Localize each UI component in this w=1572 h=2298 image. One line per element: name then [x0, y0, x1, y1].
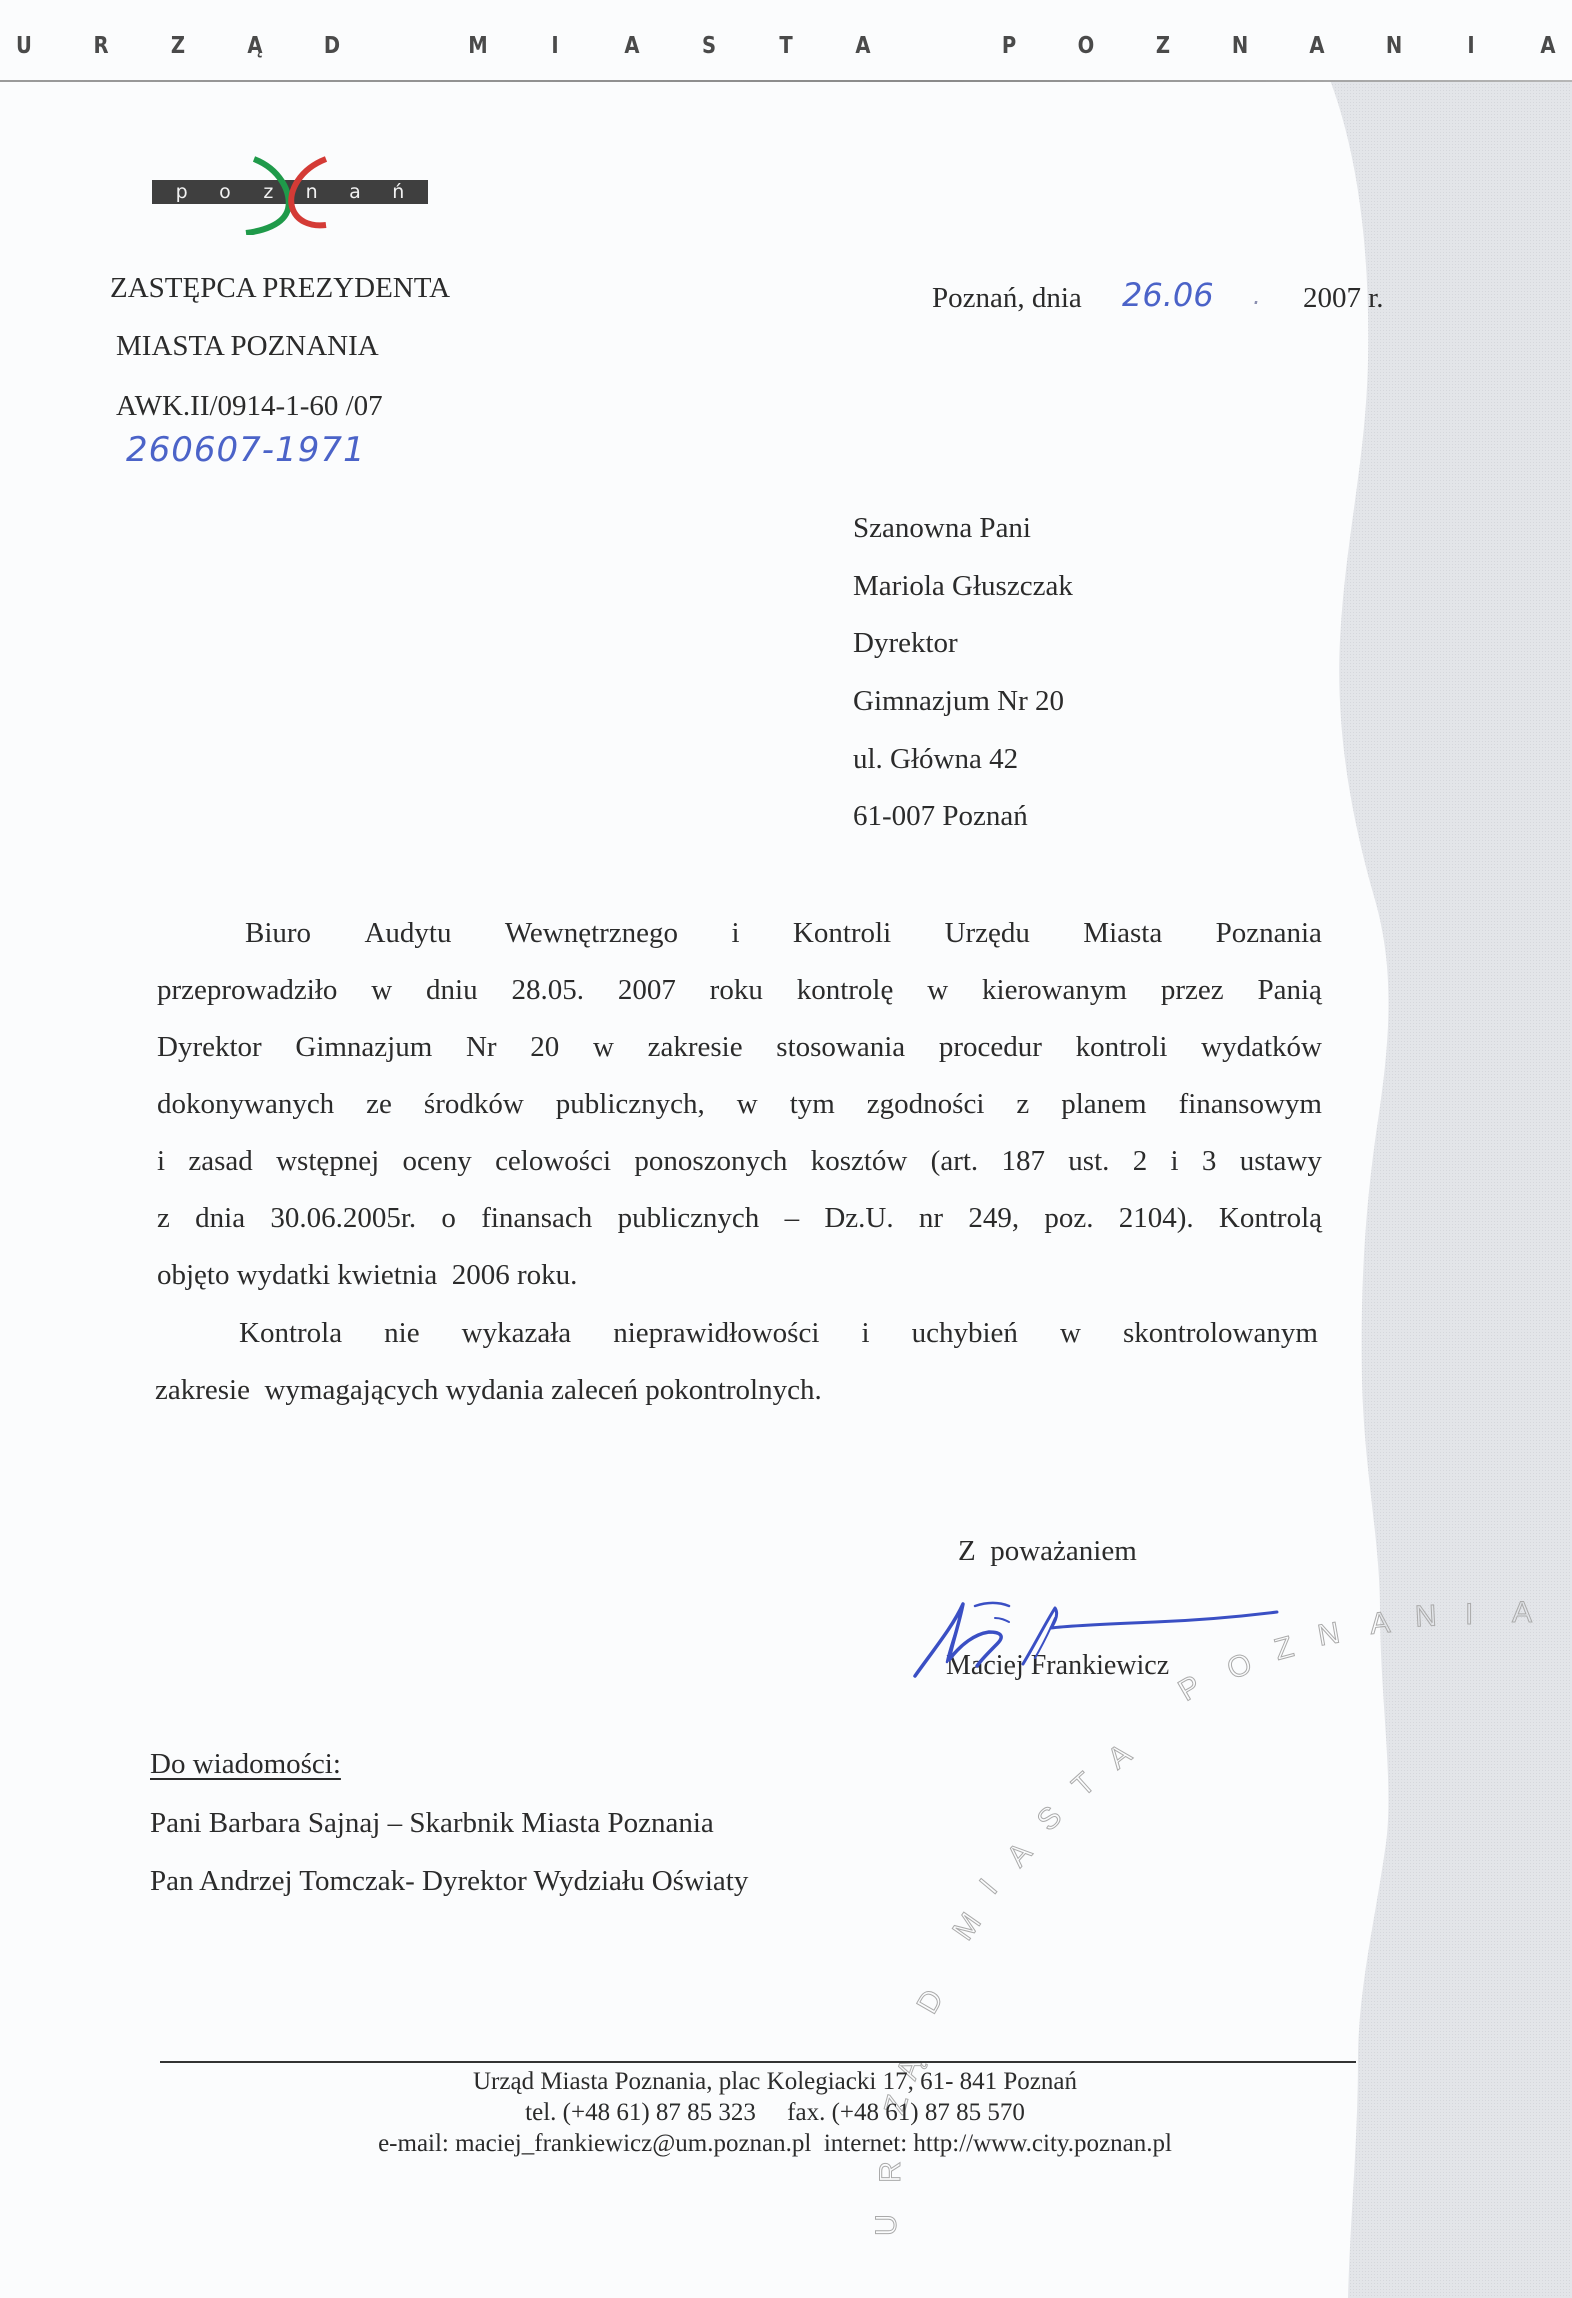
watermark-letter: N	[1414, 1599, 1437, 1634]
watermark-letter: A	[1512, 1596, 1532, 1630]
body-line: przeprowadziło w dniu 28.05. 2007 roku k…	[157, 962, 1322, 1019]
body-line: Kontrola nie wykazała nieprawidłowości i…	[155, 1305, 1318, 1362]
letterhead-letter: N	[1377, 33, 1411, 59]
word: w	[1060, 1305, 1081, 1362]
handwritten-date: 26.06	[1122, 276, 1214, 314]
recipient-city: 61-007 Poznań	[853, 800, 1028, 833]
word: Urzędu	[945, 905, 1030, 962]
word: zakresie	[648, 1019, 743, 1076]
word: uchybień	[912, 1305, 1018, 1362]
watermark-letter: U	[870, 2214, 904, 2236]
word: 20	[530, 1019, 559, 1076]
word: 2	[1133, 1133, 1148, 1190]
word: 30.06.2005r.	[270, 1190, 416, 1247]
word: ze	[366, 1076, 392, 1133]
word: nie	[384, 1305, 419, 1362]
handwritten-registry-number: 260607-1971	[126, 430, 366, 470]
word: w	[927, 962, 948, 1019]
letterhead-letter: T	[769, 33, 803, 59]
letterhead-letter: M	[461, 33, 495, 59]
word: w	[737, 1076, 758, 1133]
letterhead-letter: S	[692, 33, 726, 59]
letterhead-letter: N	[1223, 33, 1257, 59]
word: procedur	[939, 1019, 1042, 1076]
word: przez	[1161, 962, 1224, 1019]
footer-address: Urząd Miasta Poznania, plac Kolegiacki 1…	[150, 2066, 1400, 2097]
word: Audytu	[364, 905, 451, 962]
letterhead-letter: O	[1069, 33, 1103, 59]
date-year: 2007 r.	[1303, 282, 1384, 315]
body-line: i zasad wstępnej oceny celowości ponoszo…	[157, 1133, 1322, 1190]
word: Poznania	[1216, 905, 1322, 962]
reference-number: AWK.II/0914-1-60 /07	[116, 390, 383, 423]
word: skontrolowanym	[1123, 1305, 1318, 1362]
footer-phone-fax: tel. (+48 61) 87 85 323 fax. (+48 61) 87…	[150, 2097, 1400, 2128]
logo-crossed-arcs-icon	[150, 155, 430, 235]
word: 28.05.	[511, 962, 584, 1019]
word: oceny	[403, 1133, 472, 1190]
recipient-street: ul. Główna 42	[853, 743, 1018, 776]
word: ustawy	[1240, 1133, 1322, 1190]
date-dot: .	[1253, 282, 1261, 310]
body-line: z dnia 30.06.2005r. o finansach publiczn…	[157, 1190, 1322, 1247]
letterhead-letter: Z	[1146, 33, 1180, 59]
word: 2104).	[1119, 1190, 1194, 1247]
header-divider	[0, 80, 1572, 82]
word: kosztów	[811, 1133, 908, 1190]
word: Panią	[1258, 962, 1322, 1019]
word: o	[441, 1190, 456, 1247]
poznan-logo: p o z n a ń	[150, 155, 430, 235]
word: nr	[919, 1190, 943, 1247]
word: Nr	[466, 1019, 497, 1076]
word: 2007	[618, 962, 676, 1019]
letterhead-letter: D	[315, 33, 349, 59]
word: Kontrola	[239, 1305, 342, 1362]
body-line: Biuro Audytu Wewnętrznego i Kontroli Urz…	[157, 905, 1322, 962]
word: tym	[790, 1076, 835, 1133]
footer-email-web: e-mail: maciej_frankiewicz@um.poznan.pl …	[150, 2128, 1400, 2159]
word: środków	[424, 1076, 524, 1133]
word: 249,	[968, 1190, 1019, 1247]
word: wstępnej	[276, 1133, 379, 1190]
body-line-text: zakresie wymagających wydania zaleceń po…	[155, 1362, 822, 1419]
word: Kontroli	[793, 905, 891, 962]
sender-title-line1: ZASTĘPCA PREZYDENTA	[110, 272, 450, 305]
letterhead-letter: A	[615, 33, 649, 59]
word: nieprawidłowości	[613, 1305, 819, 1362]
body-line: dokonywanych ze środków publicznych, w t…	[157, 1076, 1322, 1133]
handwritten-signature	[905, 1588, 1285, 1688]
word: wydatków	[1201, 1019, 1322, 1076]
word: w	[593, 1019, 614, 1076]
letterhead-title: U R Z Ą D M I A S T A P O Z N A N I A	[0, 22, 1572, 70]
body-line: objęto wydatki kwietnia 2006 roku.	[157, 1247, 1322, 1304]
word: Biuro	[245, 905, 311, 962]
body-line: Dyrektor Gimnazjum Nr 20 w zakresie stos…	[157, 1019, 1322, 1076]
word: 187	[1001, 1133, 1045, 1190]
letterhead-letter: Ą	[238, 33, 272, 59]
cc-recipient: Pan Andrzej Tomczak- Dyrektor Wydziału O…	[150, 1865, 748, 1898]
word: i	[731, 905, 739, 962]
word: w	[371, 962, 392, 1019]
word: planem	[1061, 1076, 1146, 1133]
word: i	[1171, 1133, 1179, 1190]
letterhead-letter: A	[1531, 33, 1565, 59]
body-line: zakresie wymagających wydania zaleceń po…	[155, 1362, 1318, 1419]
word: dniu	[426, 962, 478, 1019]
word: przeprowadziło	[157, 962, 337, 1019]
letterhead-letter: R	[84, 33, 118, 59]
footer-contact-block: Urząd Miasta Poznania, plac Kolegiacki 1…	[150, 2066, 1400, 2159]
word: i	[157, 1133, 165, 1190]
closing-salutation: Z poważaniem	[958, 1535, 1137, 1568]
letterhead-letter: U	[7, 33, 41, 59]
word: (art.	[931, 1133, 979, 1190]
recipient-institution: Gimnazjum Nr 20	[853, 685, 1064, 718]
word: dnia	[195, 1190, 245, 1247]
recipient-name: Mariola Głuszczak	[853, 570, 1073, 603]
word: 3	[1202, 1133, 1217, 1190]
word: zgodności	[867, 1076, 985, 1133]
word: kierowanym	[982, 962, 1127, 1019]
cc-heading: Do wiadomości:	[150, 1748, 341, 1781]
word: roku	[710, 962, 763, 1019]
word: stosowania	[776, 1019, 905, 1076]
cc-recipient: Pani Barbara Sajnaj – Skarbnik Miasta Po…	[150, 1807, 714, 1840]
footer-divider	[160, 2061, 1356, 2063]
word: poz.	[1044, 1190, 1093, 1247]
watermark-letter: A	[1368, 1606, 1391, 1642]
body-paragraph-2: Kontrola nie wykazała nieprawidłowości i…	[155, 1305, 1318, 1419]
word: Kontrolą	[1219, 1190, 1322, 1247]
date-prefix: Poznań, dnia	[932, 282, 1082, 315]
recipient-salutation: Szanowna Pani	[853, 512, 1031, 545]
recipient-position: Dyrektor	[853, 627, 958, 660]
word: Dyrektor	[157, 1019, 262, 1076]
word: publicznych,	[556, 1076, 705, 1133]
word: i	[861, 1305, 869, 1362]
letterhead-letter: Z	[161, 33, 195, 59]
sender-title-line2: MIASTA POZNANIA	[116, 330, 379, 363]
word: publicznych	[618, 1190, 760, 1247]
watermark-letter: I	[1465, 1598, 1473, 1632]
letterhead-letter: P	[992, 33, 1026, 59]
watermark-letter: R	[874, 2161, 908, 2183]
word: finansowym	[1179, 1076, 1322, 1133]
word: z	[1016, 1076, 1029, 1133]
word: kontroli	[1076, 1019, 1168, 1076]
letterhead-letter: A	[846, 33, 880, 59]
body-paragraph-1: Biuro Audytu Wewnętrznego i Kontroli Urz…	[157, 905, 1322, 1304]
word: wykazała	[462, 1305, 572, 1362]
letterhead-letter: I	[1454, 33, 1488, 59]
word: celowości	[495, 1133, 611, 1190]
word: zasad	[188, 1133, 252, 1190]
word: z	[157, 1190, 170, 1247]
word: ust.	[1068, 1133, 1109, 1190]
letterhead-letter: I	[538, 33, 572, 59]
word: Dz.U.	[824, 1190, 893, 1247]
word: finansach	[481, 1190, 592, 1247]
word: dokonywanych	[157, 1076, 334, 1133]
word: Wewnętrznego	[505, 905, 678, 962]
letterhead-letter: A	[1300, 33, 1334, 59]
word: –	[785, 1190, 800, 1247]
word: ponoszonych	[634, 1133, 787, 1190]
word: Gimnazjum	[295, 1019, 432, 1076]
word: Miasta	[1083, 905, 1162, 962]
body-line-text: objęto wydatki kwietnia 2006 roku.	[157, 1247, 577, 1304]
word: kontrolę	[797, 962, 894, 1019]
